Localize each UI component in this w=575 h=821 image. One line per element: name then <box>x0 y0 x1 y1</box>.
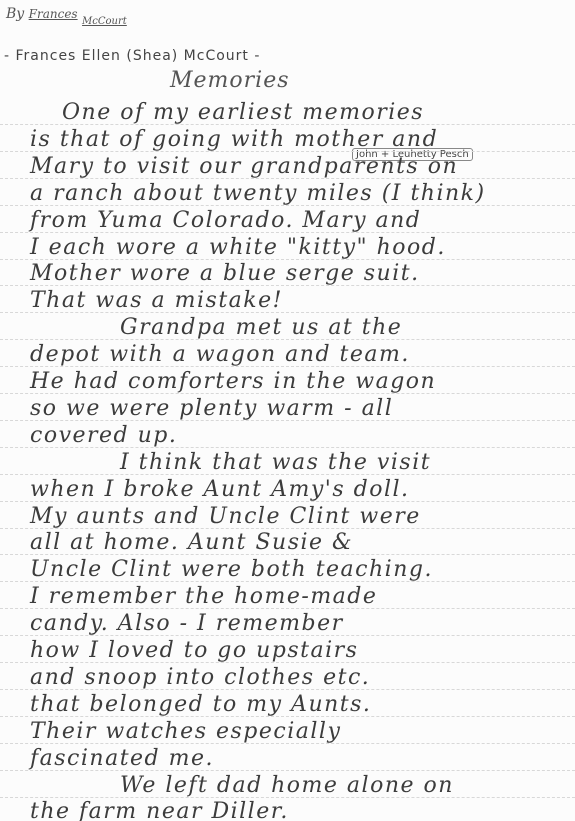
letter-line: My aunts and Uncle Clint were <box>30 504 421 529</box>
letter-line: I each wore a white "kitty" hood. <box>30 235 446 260</box>
document-title: Memories <box>170 68 290 93</box>
letter-line: I think that was the visit <box>120 450 431 475</box>
letter-line: He had comforters in the wagon <box>30 369 436 394</box>
letter-line: Mother wore a blue serge suit. <box>30 261 420 286</box>
letter-line: the farm near Diller. <box>30 799 289 821</box>
letter-line: all at home. Aunt Susie & <box>30 530 353 555</box>
handwritten-letter-page: By Frances McCourt - Frances Ellen (Shea… <box>0 0 575 821</box>
letter-line: when I broke Aunt Amy's doll. <box>30 477 410 502</box>
letter-line: so we were plenty warm - all <box>30 396 393 421</box>
letter-line: depot with a wagon and team. <box>30 342 410 367</box>
letter-line: Grandpa met us at the <box>120 315 402 340</box>
byline-signature-surname: McCourt <box>82 16 127 27</box>
letter-line: and snoop into clothes etc. <box>30 665 370 690</box>
letter-line: Mary to visit our grandparents on <box>30 154 458 179</box>
letter-line: covered up. <box>30 423 177 448</box>
letter-line: Their watches especially <box>30 719 341 744</box>
letter-line: That was a mistake! <box>30 288 283 313</box>
letter-line: is that of going with mother and <box>30 127 438 152</box>
author-name: - Frances Ellen (Shea) McCourt - <box>4 48 260 64</box>
letter-line: I remember the home-made <box>30 584 377 609</box>
letter-line: We left dad home alone on <box>120 773 454 798</box>
letter-line: candy. Also - I remember <box>30 611 344 636</box>
byline: By Frances McCourt <box>6 6 127 22</box>
byline-signature: Frances <box>29 7 78 21</box>
letter-line: Uncle Clint were both teaching. <box>30 557 433 582</box>
byline-prefix: By <box>6 6 24 22</box>
letter-line: from Yuma Colorado. Mary and <box>30 208 421 233</box>
letter-line: how I loved to go upstairs <box>30 638 358 663</box>
letter-line: that belonged to my Aunts. <box>30 692 371 717</box>
letter-line: fascinated me. <box>30 746 214 771</box>
letter-line: One of my earliest memories <box>62 100 424 125</box>
letter-line: a ranch about twenty miles (I think) <box>30 181 486 206</box>
